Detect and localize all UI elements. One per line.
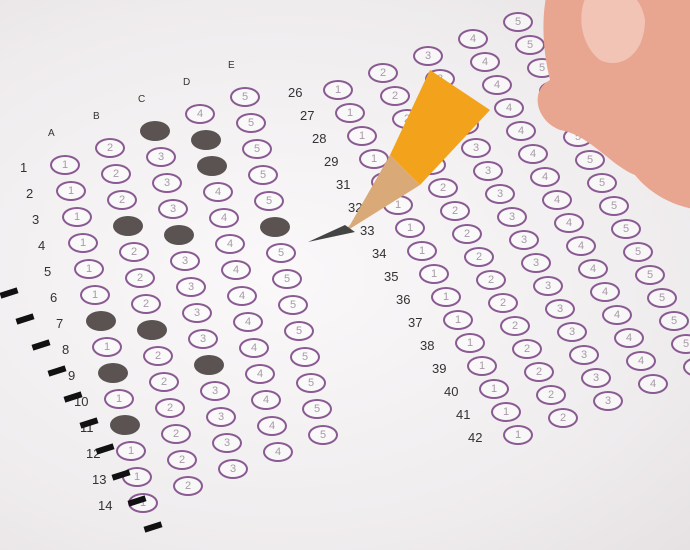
answer-bubble[interactable]: 3: [581, 368, 611, 388]
answer-bubble[interactable]: 4: [209, 208, 239, 228]
answer-bubble[interactable]: 1: [56, 181, 86, 201]
answer-bubble[interactable]: 2: [524, 362, 554, 382]
answer-bubble[interactable]: 3: [569, 345, 599, 365]
answer-bubble[interactable]: 3: [593, 391, 623, 411]
answer-bubble[interactable]: 1: [104, 389, 134, 409]
answer-bubble[interactable]: 4: [203, 182, 233, 202]
timing-mark: [48, 365, 67, 376]
answer-bubble[interactable]: 4: [626, 351, 656, 371]
answer-bubble[interactable]: 3: [152, 173, 182, 193]
answer-bubble[interactable]: 5: [659, 311, 689, 331]
answer-bubble[interactable]: 4: [614, 328, 644, 348]
timing-mark: [16, 313, 35, 324]
answer-bubble[interactable]: 2: [125, 268, 155, 288]
answer-bubble[interactable]: 1: [98, 363, 128, 383]
answer-bubble[interactable]: 5: [266, 243, 296, 263]
answer-bubble[interactable]: 2: [512, 339, 542, 359]
answer-bubble[interactable]: 5: [230, 87, 260, 107]
question-number: 41: [456, 407, 470, 422]
answer-bubble[interactable]: 1: [110, 415, 140, 435]
answer-bubble[interactable]: 3: [176, 277, 206, 297]
column-letter: D: [183, 77, 190, 88]
column-letter: C: [138, 94, 145, 105]
question-number: 7: [56, 316, 63, 331]
answer-bubble[interactable]: 3: [533, 276, 563, 296]
answer-bubble[interactable]: 1: [431, 287, 461, 307]
answer-bubble[interactable]: 4: [239, 338, 269, 358]
question-number: 13: [92, 472, 106, 487]
answer-bubble[interactable]: 4: [638, 374, 668, 394]
answer-bubble[interactable]: 4: [257, 416, 287, 436]
answer-bubble[interactable]: 1: [116, 441, 146, 461]
answer-bubble[interactable]: 5: [296, 373, 326, 393]
answer-bubble[interactable]: 4: [185, 104, 215, 124]
answer-bubble[interactable]: 2: [155, 398, 185, 418]
question-number: 8: [62, 342, 69, 357]
answer-bubble[interactable]: 5: [671, 334, 690, 354]
answer-bubble[interactable]: 5: [242, 139, 272, 159]
answer-bubble[interactable]: 2: [137, 320, 167, 340]
answer-bubble[interactable]: 4: [221, 260, 251, 280]
answer-bubble[interactable]: 5: [302, 399, 332, 419]
question-number: 42: [468, 430, 482, 445]
answer-bubble[interactable]: 3: [140, 121, 170, 141]
column-letter: E: [228, 60, 235, 71]
answer-bubble[interactable]: 2: [107, 190, 137, 210]
answer-bubble[interactable]: 1: [455, 333, 485, 353]
answer-bubble[interactable]: 2: [101, 164, 131, 184]
answer-bubble[interactable]: 2: [143, 346, 173, 366]
answer-bubble[interactable]: 5: [647, 288, 677, 308]
answer-bubble[interactable]: 4: [215, 234, 245, 254]
answer-bubble[interactable]: 1: [50, 155, 80, 175]
question-number: 1: [20, 160, 27, 175]
question-number: 35: [384, 269, 398, 284]
answer-bubble[interactable]: 3: [206, 407, 236, 427]
question-number: 5: [44, 264, 51, 279]
answer-bubble[interactable]: 1: [74, 259, 104, 279]
answer-bubble[interactable]: 5: [290, 347, 320, 367]
answer-bubble[interactable]: 3: [218, 459, 248, 479]
question-number: 37: [408, 315, 422, 330]
answer-bubble[interactable]: 2: [113, 216, 143, 236]
answer-bubble[interactable]: 1: [491, 402, 521, 422]
answer-bubble[interactable]: 4: [263, 442, 293, 462]
answer-bubble[interactable]: 1: [80, 285, 110, 305]
answer-bubble[interactable]: 3: [170, 251, 200, 271]
answer-bubble[interactable]: 1: [503, 425, 533, 445]
answer-bubble[interactable]: 2: [161, 424, 191, 444]
answer-bubble[interactable]: 1: [62, 207, 92, 227]
answer-bubble[interactable]: 3: [194, 355, 224, 375]
answer-bubble[interactable]: 1: [419, 264, 449, 284]
answer-bubble[interactable]: 2: [548, 408, 578, 428]
timing-mark: [0, 287, 18, 298]
timing-mark: [32, 339, 51, 350]
question-number: 36: [396, 292, 410, 307]
answer-bubble[interactable]: 5: [278, 295, 308, 315]
answer-bubble[interactable]: 2: [95, 138, 125, 158]
answer-bubble[interactable]: 2: [167, 450, 197, 470]
answer-bubble[interactable]: 5: [248, 165, 278, 185]
answer-bubble[interactable]: 3: [188, 329, 218, 349]
answer-sheet-photo: ABCDE11234521234531234541234551234561234…: [0, 0, 690, 550]
question-number: 39: [432, 361, 446, 376]
timing-mark: [144, 521, 163, 532]
answer-bubble[interactable]: 4: [227, 286, 257, 306]
answer-bubble[interactable]: 4: [191, 130, 221, 150]
answer-bubble[interactable]: 1: [86, 311, 116, 331]
question-number: 2: [26, 186, 33, 201]
answer-bubble[interactable]: 4: [578, 259, 608, 279]
question-number: 14: [98, 498, 112, 513]
answer-bubble[interactable]: 5: [272, 269, 302, 289]
answer-bubble[interactable]: 5: [260, 217, 290, 237]
answer-bubble[interactable]: 4: [245, 364, 275, 384]
answer-bubble[interactable]: 2: [536, 385, 566, 405]
answer-bubble[interactable]: 2: [500, 316, 530, 336]
answer-bubble[interactable]: 3: [164, 225, 194, 245]
answer-bubble[interactable]: 2: [476, 270, 506, 290]
answer-bubble[interactable]: 3: [146, 147, 176, 167]
answer-bubble[interactable]: 1: [467, 356, 497, 376]
answer-bubble[interactable]: 4: [602, 305, 632, 325]
answer-bubble[interactable]: 4: [251, 390, 281, 410]
answer-bubble[interactable]: 5: [236, 113, 266, 133]
answer-bubble[interactable]: 3: [158, 199, 188, 219]
answer-bubble[interactable]: 5: [254, 191, 284, 211]
answer-bubble[interactable]: 3: [182, 303, 212, 323]
column-letter: A: [48, 128, 55, 139]
answer-bubble[interactable]: 2: [119, 242, 149, 262]
answer-bubble[interactable]: 4: [590, 282, 620, 302]
question-number: 40: [444, 384, 458, 399]
question-number: 9: [68, 368, 75, 383]
answer-bubble[interactable]: 3: [545, 299, 575, 319]
question-number: 3: [32, 212, 39, 227]
answer-bubble[interactable]: 5: [683, 357, 690, 377]
question-number: 38: [420, 338, 434, 353]
question-number: 6: [50, 290, 57, 305]
answer-bubble[interactable]: 2: [131, 294, 161, 314]
answer-bubble[interactable]: 1: [443, 310, 473, 330]
question-number: 4: [38, 238, 45, 253]
answer-bubble[interactable]: 1: [479, 379, 509, 399]
answer-bubble[interactable]: 2: [173, 476, 203, 496]
answer-bubble[interactable]: 1: [92, 337, 122, 357]
answer-bubble[interactable]: 5: [308, 425, 338, 445]
answer-bubble[interactable]: 3: [557, 322, 587, 342]
answer-bubble[interactable]: 5: [635, 265, 665, 285]
answer-bubble[interactable]: 5: [284, 321, 314, 341]
pencil: [300, 60, 500, 260]
answer-bubble[interactable]: 3: [200, 381, 230, 401]
answer-bubble[interactable]: 1: [68, 233, 98, 253]
answer-bubble[interactable]: 2: [149, 372, 179, 392]
column-letter: B: [93, 111, 100, 122]
answer-bubble[interactable]: 4: [233, 312, 263, 332]
answer-bubble[interactable]: 3: [212, 433, 242, 453]
answer-bubble[interactable]: 4: [197, 156, 227, 176]
answer-bubble[interactable]: 2: [488, 293, 518, 313]
